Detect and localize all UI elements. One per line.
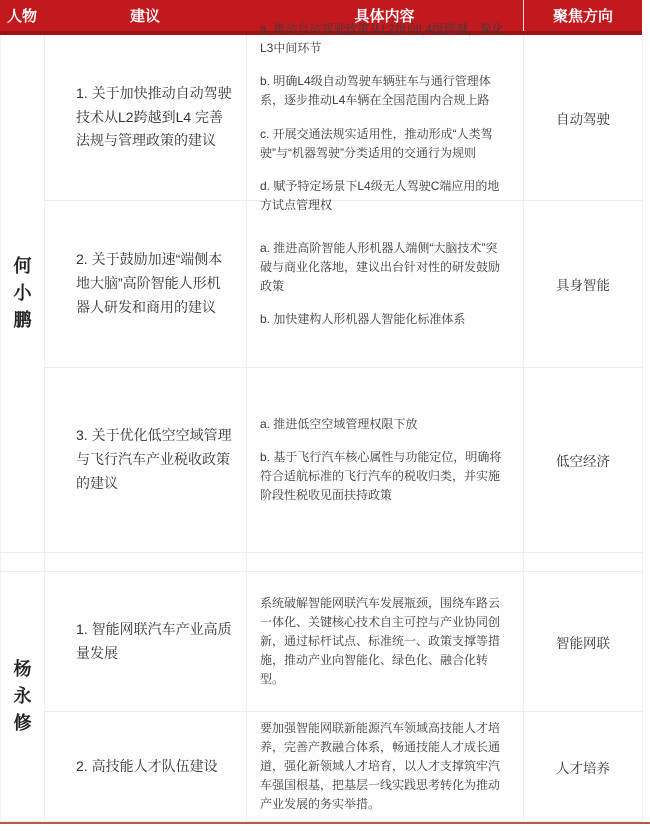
- detail-item: 系统破解智能网联汽车发展瓶颈，围绕车路云一体化、关键核心技术自主可控与产业协同创…: [260, 594, 507, 690]
- detail-item: b. 加快建构人形机器人智能化标准体系: [260, 310, 465, 329]
- suggestion-cell: 3. 关于优化低空空域管理与飞行汽车产业税收政策的建议: [45, 368, 247, 553]
- section-separator: [524, 553, 643, 572]
- detail-item: a. 推进高阶智能人形机器人端侧“大脑技术”突破与商业化落地，建议出台针对性的研…: [260, 239, 507, 297]
- person-cell-yang-yongxiu: 杨永修: [1, 572, 45, 822]
- detail-item: 要加强智能网联新能源汽车领域高技能人才培养，完善产教融合体系，畅通技能人才成长通…: [260, 719, 507, 815]
- focus-cell: 低空经济: [524, 368, 643, 553]
- suggestion-cell: 2. 高技能人才队伍建设: [45, 712, 247, 822]
- table-body: 何小鹏 1. 关于加快推动自动驾驶技术从L2跨越到L4 完善法规与管理政策的建议…: [0, 35, 642, 822]
- suggestion-cell: 1. 智能网联汽车产业高质量发展: [45, 572, 247, 712]
- person-name: 杨永修: [13, 656, 32, 737]
- details-cell: a. 推动自动驾驶政策从L2级向L4级跨越，简化L3中间环节 b. 明确L4级自…: [247, 35, 524, 201]
- person-name: 何小鹏: [13, 253, 32, 334]
- header-suggestion: 建议: [44, 0, 246, 31]
- detail-item: c. 开展交通法规实适用性，推动形成“人类驾驶”与“机器驾驶”分类适用的交通行为…: [260, 125, 507, 163]
- person-cell-he-xiaopeng: 何小鹏: [1, 35, 45, 553]
- section-separator: [45, 553, 247, 572]
- suggestion-cell: 2. 关于鼓励加速“端侧本地大脑”高阶智能人形机器人研发和商用的建议: [45, 201, 247, 368]
- header-person: 人物: [0, 0, 44, 31]
- suggestion-cell: 1. 关于加快推动自动驾驶技术从L2跨越到L4 完善法规与管理政策的建议: [45, 35, 247, 201]
- focus-cell: 自动驾驶: [524, 35, 643, 201]
- focus-cell: 智能网联: [524, 572, 643, 712]
- section-separator: [1, 553, 45, 572]
- focus-cell: 人才培养: [524, 712, 643, 822]
- focus-cell: 具身智能: [524, 201, 643, 368]
- detail-item: b. 明确L4级自动驾驶车辆驻车与通行管理体系，逐步推动L4车辆在全国范围内合规…: [260, 72, 507, 110]
- details-cell: a. 推进低空空域管理权限下放 b. 基于飞行汽车核心属性与功能定位，明确将符合…: [247, 368, 524, 553]
- details-cell: a. 推进高阶智能人形机器人端侧“大脑技术”突破与商业化落地，建议出台针对性的研…: [247, 201, 524, 368]
- details-cell: 要加强智能网联新能源汽车领域高技能人才培养，完善产教融合体系，畅通技能人才成长通…: [247, 712, 524, 822]
- detail-item: a. 推动自动驾驶政策从L2级向L4级跨越，简化L3中间环节: [260, 20, 507, 58]
- details-cell: 系统破解智能网联汽车发展瓶颈，围绕车路云一体化、关键核心技术自主可控与产业协同创…: [247, 572, 524, 712]
- policy-suggestions-table-page: 人物 建议 具体内容 聚焦方向 何小鹏 1. 关于加快推动自动驾驶技术从L2跨越…: [0, 0, 650, 831]
- detail-item: b. 基于飞行汽车核心属性与功能定位，明确将符合适航标准的飞行汽车的税收归类，并…: [260, 448, 507, 506]
- header-focus: 聚焦方向: [523, 0, 642, 31]
- section-separator: [247, 553, 524, 572]
- detail-item: a. 推进低空空域管理权限下放: [260, 415, 417, 434]
- bottom-rule: [0, 822, 650, 824]
